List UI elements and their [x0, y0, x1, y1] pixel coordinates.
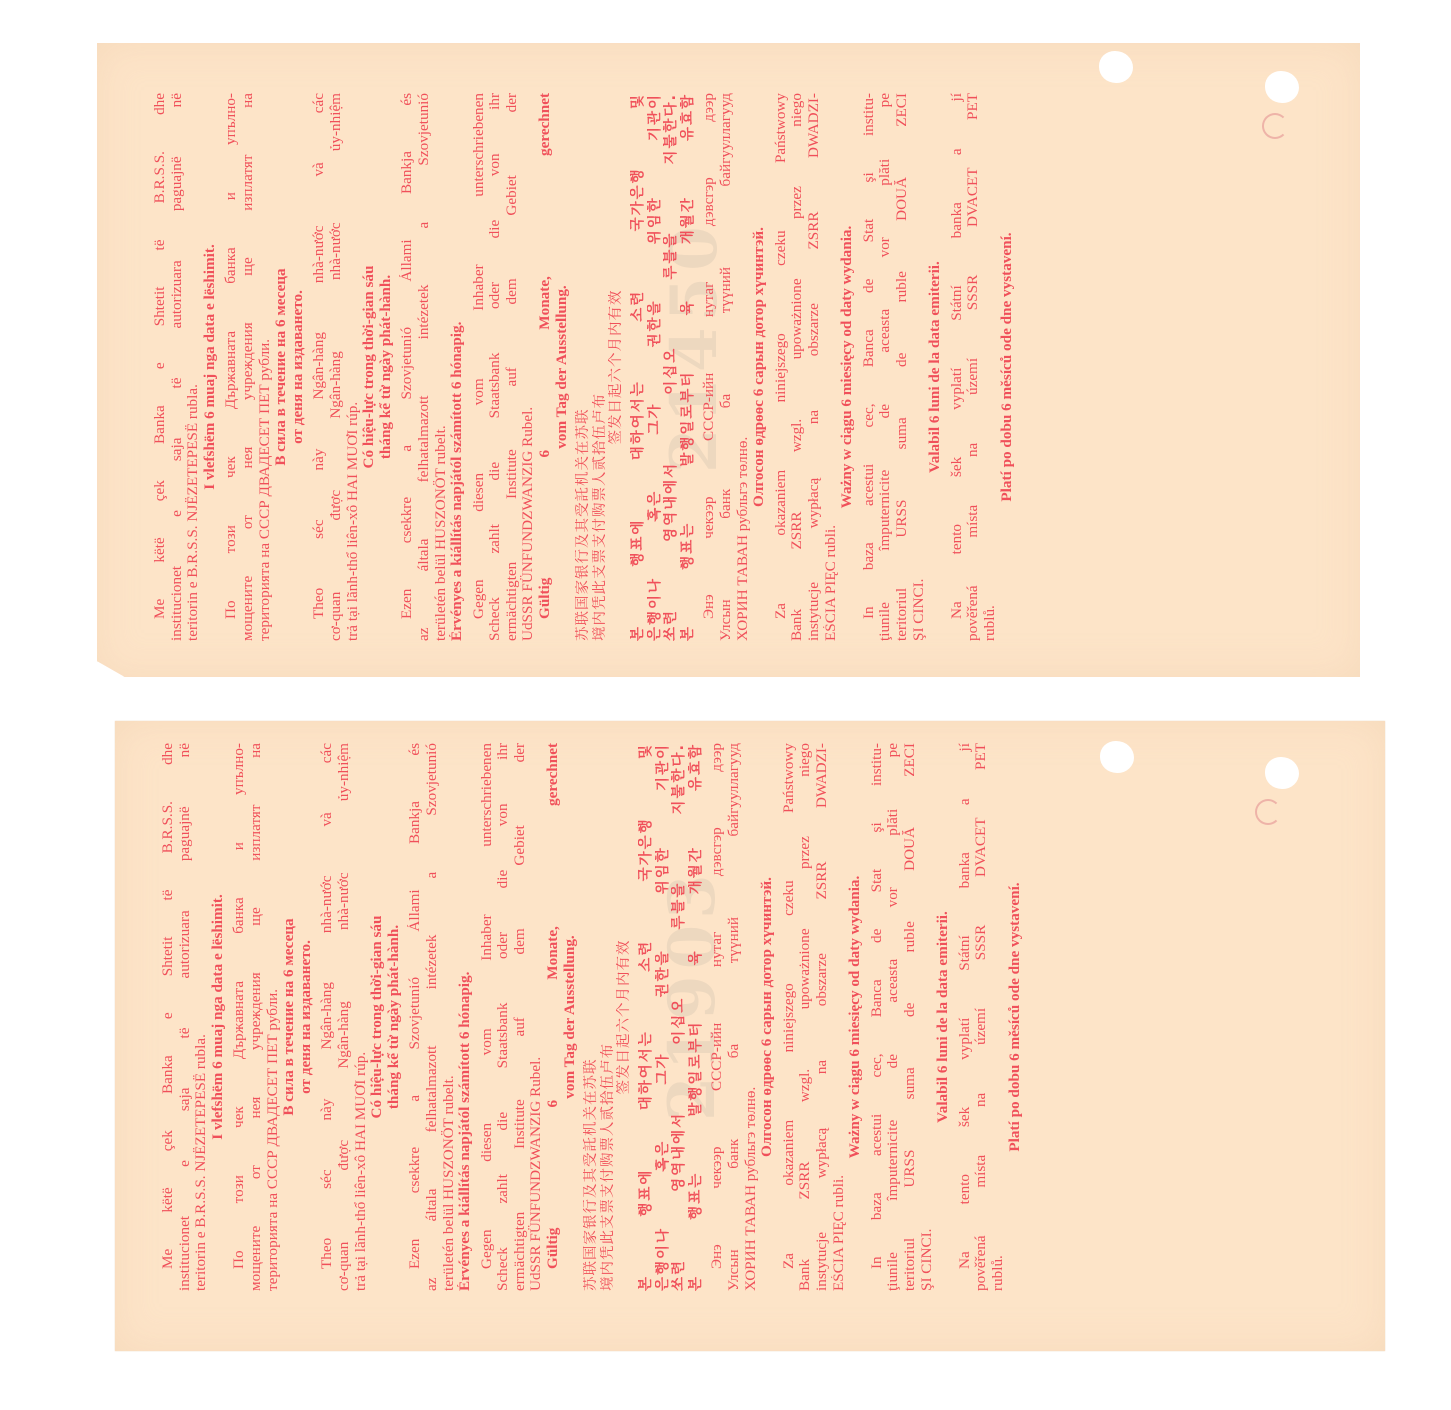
- text-line: EŚCIA PIĘC rubli.: [823, 93, 840, 641]
- text-line: Gültig 6 Monate, gerechnet: [545, 743, 562, 1291]
- text-paragraph: 苏联国家银行及其受託机关在苏联境内凭此支票支付购票人贰拾伍卢布签发日起六个月内有…: [575, 93, 625, 641]
- text-line: Có hiệu-lực trong thời-gian sáu: [361, 93, 378, 641]
- text-line: ermächtigten Institute auf dem Gebiet de…: [512, 743, 529, 1291]
- text-line: По този чек Държавната банка и упълно-: [231, 743, 248, 1291]
- text-line: 苏联国家银行及其受託机关在苏联: [575, 93, 592, 641]
- text-line: мощените от нея учреждения ще изплатят н…: [248, 743, 265, 1291]
- text-paragraph: Gegen diesen vom Inhaber unterschriebene…: [479, 743, 579, 1291]
- text-line: UdSSR FÜNFUNDZWANZIG Rubel.: [520, 93, 537, 641]
- text-line: Gegen diesen vom Inhaber unterschriebene…: [471, 93, 488, 641]
- text-line: pověřená místa na území SSSR DVACET PET: [965, 93, 982, 641]
- text-line: Platí po dobu 6 měsíců ode dne vystavení…: [1007, 743, 1024, 1291]
- punch-hole: [1265, 757, 1299, 789]
- text-line: от деня на издаването.: [290, 93, 307, 641]
- text-line: vom Tag der Ausstellung.: [554, 93, 571, 641]
- text-line: Улсын банк ба түүний байгууллагууд: [718, 93, 735, 641]
- text-line: Bank ZSRR wzgl. upoważnione przez niego: [789, 93, 806, 641]
- text-line: Platí po dobu 6 měsíců ode dne vystavení…: [999, 93, 1016, 641]
- stamp-mark: [1262, 113, 1288, 139]
- text-line: ermächtigten Institute auf dem Gebiet de…: [504, 93, 521, 641]
- text-line: tháng kể từ ngày phát-hành.: [386, 743, 403, 1291]
- text-line: rublů.: [990, 743, 1007, 1291]
- text-line: Za okazaniem niniejszego czeku Państwowy: [773, 93, 790, 641]
- text-line: ţiunile împuternicite de aceasta vor plă…: [877, 93, 894, 641]
- text-paragraph: Me këtë çek Banka e Shtetit të B.R.S.S. …: [160, 743, 226, 1291]
- text-line: Valabil 6 luni de la data emiterii.: [927, 93, 944, 641]
- text-line: EŚCIA PIĘC rubli.: [831, 743, 848, 1291]
- text-paragraph: Za okazaniem niniejszego czeku Państwowy…: [773, 93, 856, 641]
- text-paragraph: Ezen csekkre a Szovjetunió Állami Bankja…: [399, 93, 465, 641]
- stamp-mark: [1255, 799, 1281, 825]
- text-line: teritorin e B.R.S.S. NJËZETEPESË rubla.: [193, 743, 210, 1291]
- text-line: Scheck zahlt die Staatsbank oder die von…: [487, 93, 504, 641]
- text-line: Za okazaniem niniejszego czeku Państwowy: [781, 743, 798, 1291]
- text-line: Ezen csekkre a Szovjetunió Állami Bankja…: [407, 743, 424, 1291]
- text-line: ХОРИН ТАВАН рубльгэ төлнө.: [743, 743, 760, 1291]
- text-line: 본 행표에 대하여서는 소련 국가은행 및: [638, 743, 655, 1291]
- text-line: 签发日起六个月内有效: [616, 743, 633, 1291]
- text-line: rublů.: [982, 93, 999, 641]
- text-paragraph: 본 행표에 대하여서는 소련 국가은행 및은행이나 혹은 그가 권한을 위임한 …: [630, 93, 696, 641]
- text-line: I vlefshëm 6 muaj nga data e lëshimit.: [202, 93, 219, 641]
- text-line: vom Tag der Ausstellung.: [562, 743, 579, 1291]
- text-line: trả tại lãnh-thổ liên-xô HAI MUƠI rúp.: [353, 743, 370, 1291]
- text-line: Олгосон өдрөөс 6 сарын дотор хүчинтэй.: [751, 93, 768, 641]
- text-line: cơ-quan được Ngân-hàng nhà-nước ủy-nhiệm: [336, 743, 353, 1291]
- text-line: територията на СССР ДВАДЕСЕТ ПЕТ рубли.: [257, 93, 274, 641]
- text-line: Улсын банк ба түүний байгууллагууд: [726, 743, 743, 1291]
- text-line: instytucje wypłacą na obszarze ZSRR DWAD…: [814, 743, 831, 1291]
- text-line: Érvényes a kiállítás napjától számított …: [457, 743, 474, 1291]
- text-paragraph: Энэ чекээр СССР-ийн нутаг дэвсгэр дээрУл…: [709, 743, 775, 1291]
- text-line: UdSSR FÜNFUNDZWANZIG Rubel.: [528, 743, 545, 1291]
- text-line: teritoriul URSS suma de ruble DOUĂ ZECI: [902, 743, 919, 1291]
- text-line: In baza acestui cec, Banca de Stat şi in…: [861, 93, 878, 641]
- text-paragraph: Me këtë çek Banka e Shtetit të B.R.S.S. …: [152, 93, 218, 641]
- text-line: Érvényes a kiállítás napjától számított …: [449, 93, 466, 641]
- text-line: az általa felhatalmazott intézetek a Szo…: [416, 93, 433, 641]
- text-line: Энэ чекээр СССР-ийн нутаг дэвсгэр дээр: [709, 743, 726, 1291]
- text-line: В сила в течение на 6 месеца: [281, 743, 298, 1291]
- text-paragraph: По този чек Държавната банка и упълно-мо…: [223, 93, 306, 641]
- text-line: 본 행표는 발행일로부터 육 개월간 유효함: [680, 93, 697, 641]
- text-paragraph: In baza acestui cec, Banca de Stat şi in…: [869, 743, 952, 1291]
- text-line: institucionet e saja të autorizuara pagu…: [177, 743, 194, 1291]
- text-line: Scheck zahlt die Staatsbank oder die von…: [495, 743, 512, 1291]
- text-line: Bank ZSRR wzgl. upoważnione przez niego: [797, 743, 814, 1291]
- text-line: Me këtë çek Banka e Shtetit të B.R.S.S. …: [152, 93, 169, 641]
- text-line: 은행이나 혹은 그가 권한을 위임한 기관이: [655, 743, 672, 1291]
- text-line: Theo séc này Ngân-hàng nhà-nước và các: [311, 93, 328, 641]
- text-line: Valabil 6 luni de la data emiterii.: [935, 743, 952, 1291]
- text-line: Theo séc này Ngân-hàng nhà-nước và các: [319, 743, 336, 1291]
- text-line: По този чек Държавната банка и упълно-: [223, 93, 240, 641]
- text-line: In baza acestui cec, Banca de Stat şi in…: [869, 743, 886, 1291]
- cheque-text-bottom: Me këtë çek Banka e Shtetit të B.R.S.S. …: [160, 743, 1028, 1291]
- text-line: pověřená místa na území SSSR DVACET PET: [973, 743, 990, 1291]
- text-line: Олгосон өдрөөс 6 сарын дотор хүчинтэй.: [759, 743, 776, 1291]
- text-line: 签发日起六个月内有效: [608, 93, 625, 641]
- text-paragraph: Za okazaniem niniejszego czeku Państwowy…: [781, 743, 864, 1291]
- text-line: 본 행표에 대하여서는 소련 국가은행 및: [630, 93, 647, 641]
- text-paragraph: Энэ чекээр СССР-ийн нутаг дэвсгэр дээрУл…: [701, 93, 767, 641]
- text-line: територията на СССР ДВАДЕСЕТ ПЕТ рубли.: [265, 743, 282, 1291]
- text-paragraph: Na tento šek vyplatí Státní banka a jípo…: [957, 743, 1023, 1291]
- text-line: tháng kể từ ngày phát-hành.: [378, 93, 395, 641]
- text-line: az általa felhatalmazott intézetek a Szo…: [424, 743, 441, 1291]
- text-line: Me këtë çek Banka e Shtetit të B.R.S.S. …: [160, 743, 177, 1291]
- text-line: от деня на издаването.: [298, 743, 315, 1291]
- text-paragraph: Na tento šek vyplatí Státní banka a jípo…: [949, 93, 1015, 641]
- text-line: területén belül HUSZONÖT rubelt.: [441, 743, 458, 1291]
- punch-hole: [1099, 51, 1133, 83]
- punch-hole: [1100, 741, 1134, 773]
- cheque-top: 21450 Me këtë çek Banka e Shtetit të B.R…: [97, 43, 1360, 677]
- text-paragraph: In baza acestui cec, Banca de Stat şi in…: [861, 93, 944, 641]
- text-line: ŞI CINCI.: [919, 743, 936, 1291]
- text-line: 쏘련 영역내에서 이십오 루블을 지불한다.: [671, 743, 688, 1291]
- text-paragraph: 본 행표에 대하여서는 소련 국가은행 및은행이나 혹은 그가 권한을 위임한 …: [638, 743, 704, 1291]
- text-line: ŞI CINCI.: [911, 93, 928, 641]
- text-line: Na tento šek vyplatí Státní banka a jí: [949, 93, 966, 641]
- text-line: institucionet e saja të autorizuara pagu…: [169, 93, 186, 641]
- text-line: területén belül HUSZONÖT rubelt.: [433, 93, 450, 641]
- text-line: teritorin e B.R.S.S. NJËZETEPESË rubla.: [185, 93, 202, 641]
- text-line: Энэ чекээр СССР-ийн нутаг дэвсгэр дээр: [701, 93, 718, 641]
- text-line: ХОРИН ТАВАН рубльгэ төлнө.: [735, 93, 752, 641]
- cheque-bottom: 21903 Me këtë çek Banka e Shtetit të B.R…: [115, 721, 1385, 1351]
- text-line: 境内凭此支票支付购票人贰拾伍卢布: [600, 743, 617, 1291]
- text-paragraph: Theo séc này Ngân-hàng nhà-nước và cáccơ…: [319, 743, 402, 1291]
- text-line: Ezen csekkre a Szovjetunió Állami Bankja…: [399, 93, 416, 641]
- text-line: 쏘련 영역내에서 이십오 루블을 지불한다.: [663, 93, 680, 641]
- text-line: 苏联国家银行及其受託机关在苏联: [583, 743, 600, 1291]
- text-line: Gültig 6 Monate, gerechnet: [537, 93, 554, 641]
- text-paragraph: По този чек Държавната банка и упълно-мо…: [231, 743, 314, 1291]
- text-line: teritoriul URSS suma de ruble DOUĂ ZECI: [894, 93, 911, 641]
- text-line: cơ-quan được Ngân-hàng nhà-nước ủy-nhiệm: [328, 93, 345, 641]
- text-line: Na tento šek vyplatí Státní banka a jí: [957, 743, 974, 1291]
- text-paragraph: Ezen csekkre a Szovjetunió Állami Bankja…: [407, 743, 473, 1291]
- text-line: Có hiệu-lực trong thời-gian sáu: [369, 743, 386, 1291]
- text-paragraph: 苏联国家银行及其受託机关在苏联境内凭此支票支付购票人贰拾伍卢布签发日起六个月内有…: [583, 743, 633, 1291]
- text-line: 境内凭此支票支付购票人贰拾伍卢布: [592, 93, 609, 641]
- text-line: Ważny w ciągu 6 miesięcy od daty wydania…: [839, 93, 856, 641]
- text-line: Ważny w ciągu 6 miesięcy od daty wydania…: [847, 743, 864, 1291]
- text-line: I vlefshëm 6 muaj nga data e lëshimit.: [210, 743, 227, 1291]
- text-line: instytucje wypłacą na obszarze ZSRR DWAD…: [806, 93, 823, 641]
- text-line: мощените от нея учреждения ще изплатят н…: [240, 93, 257, 641]
- text-paragraph: Gegen diesen vom Inhaber unterschriebene…: [471, 93, 571, 641]
- text-line: 은행이나 혹은 그가 권한을 위임한 기관이: [647, 93, 664, 641]
- text-line: ţiunile împuternicite de aceasta vor plă…: [885, 743, 902, 1291]
- cheque-text-top: Me këtë çek Banka e Shtetit të B.R.S.S. …: [152, 93, 1020, 641]
- punch-hole: [1265, 71, 1299, 103]
- text-line: trả tại lãnh-thổ liên-xô HAI MUƠI rúp.: [345, 93, 362, 641]
- text-paragraph: Theo séc này Ngân-hàng nhà-nước và cáccơ…: [311, 93, 394, 641]
- text-line: Gegen diesen vom Inhaber unterschriebene…: [479, 743, 496, 1291]
- text-line: В сила в течение на 6 месеца: [273, 93, 290, 641]
- text-line: 본 행표는 발행일로부터 육 개월간 유효함: [688, 743, 705, 1291]
